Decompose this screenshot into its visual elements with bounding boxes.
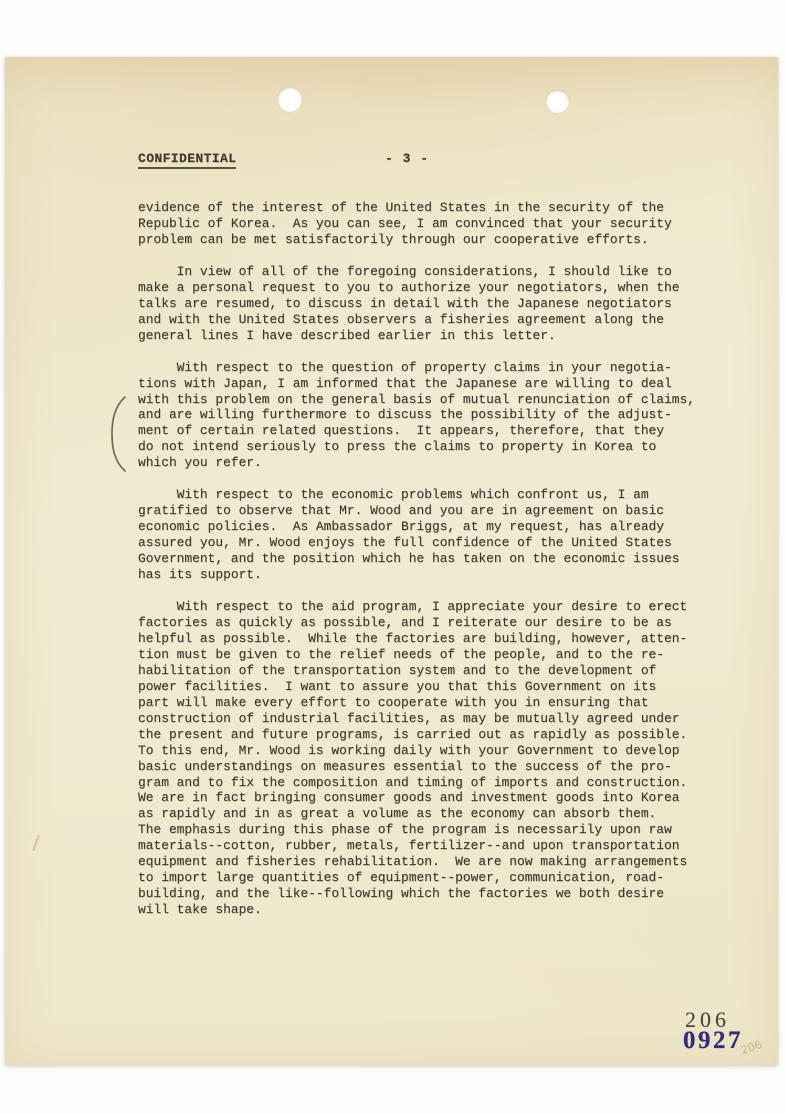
- margin-bracket-annotation: [109, 395, 129, 473]
- paragraph: With respect to the question of property…: [138, 360, 698, 472]
- letter-body: evidence of the interest of the United S…: [138, 200, 698, 934]
- page-number: - 3 -: [385, 151, 429, 167]
- pencil-annotation-number: 206: [740, 1038, 764, 1057]
- scan-background: CONFIDENTIAL - 3 - evidence of the inter…: [0, 0, 785, 1114]
- hole-punch-right: [546, 90, 569, 113]
- stamp-number-blue: 0927: [683, 1028, 743, 1053]
- document-page: CONFIDENTIAL - 3 - evidence of the inter…: [5, 57, 778, 1065]
- paragraph: With respect to the aid program, I appre…: [138, 599, 698, 918]
- page-header: CONFIDENTIAL - 3 -: [138, 151, 698, 169]
- paragraph: In view of all of the foregoing consider…: [138, 264, 698, 344]
- hole-punch-left: [278, 87, 302, 112]
- paragraph: With respect to the economic problems wh…: [138, 487, 698, 583]
- paragraph: evidence of the interest of the United S…: [138, 200, 698, 248]
- classification-marking: CONFIDENTIAL: [138, 151, 236, 169]
- pencil-mark: [32, 835, 39, 851]
